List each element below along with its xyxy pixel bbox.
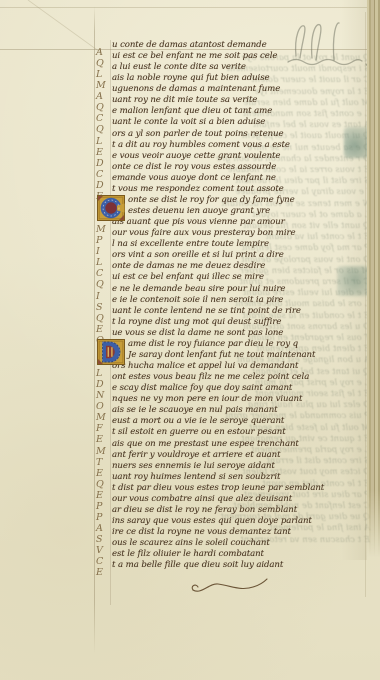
text-line: Demande vous auoye dont ce lenfant ne: [95, 173, 375, 184]
line-text: u conte de damas atantost demande: [112, 40, 267, 51]
line-text: ont estes vous beau filz ne me celez poi…: [112, 372, 309, 383]
text-line: Mais se ie le scauoye en nul pais manant: [95, 405, 375, 416]
initial-D-art: [97, 339, 125, 365]
line-text: ant ferir y vouldroye et arriere et auan…: [112, 450, 280, 461]
text-line: Mais que on me prestast une espee trench…: [95, 439, 375, 450]
text-line: Par dieu se dist le roy ne feray bon sem…: [95, 505, 375, 516]
text-line: Conte ce dist le roy vous estes assourde: [95, 162, 375, 173]
line-text: t sil estoit en guerre ou en estour pesa…: [112, 427, 286, 438]
line-text: ors hucha malice et appel lui va demanda…: [112, 361, 298, 372]
line-text: uant le conte lentend ne se tint point d…: [112, 306, 301, 317]
text-line: Et a ma belle fille que dieu soit luy ai…: [95, 560, 375, 571]
text-line: De vous veoir auoye cette grant voulente: [95, 151, 375, 162]
text-line: Ie ne le demande beau sire pour lui nuir…: [95, 284, 375, 295]
text-line: Pour vous faire aux vous presteray bon m…: [95, 228, 375, 239]
text-line: estes deuenu ien auoye grant yre: [95, 206, 375, 217]
text-line: Quant roy ne dit mie toute sa verite: [95, 95, 375, 106]
line-text: ins saray que vous estes qui quen doye p…: [112, 516, 312, 527]
text-line: Mais auant que pis vous vienne par amour: [95, 217, 375, 228]
line-text: onte de damas ne me deuez desdire: [112, 261, 265, 272]
line-text: ais la noble royne qui fut bien aduise: [112, 73, 270, 84]
text-line: Tant ferir y vouldroye et arriere et aua…: [95, 450, 375, 461]
line-text: uant le conte la voit si a bien aduise: [112, 117, 265, 128]
line-text: uguenons de damas a maintenant fume: [112, 84, 280, 95]
line-text: e scay dist malice foy que doy saint ama…: [112, 383, 292, 394]
line-text: onte se dist le roy for que dy fame fyne: [128, 195, 295, 206]
text-line: Qui est ce bel enfant ne me soit pas cel…: [95, 51, 375, 62]
illuminated-initial-C: [97, 195, 125, 221]
line-text: t a dit au roy humbles coment vous a est…: [112, 140, 290, 151]
line-text: our vous faire aux vous presteray bon mi…: [112, 228, 295, 239]
line-text: ue vous se dist la dame ne sont pas lone: [112, 328, 283, 339]
line-text: estes deuenu ien auoye grant yre: [128, 206, 270, 217]
illuminated-initial-D: [97, 339, 125, 365]
line-text: our vous combatre ainsi que alez deuisan…: [112, 494, 292, 505]
line-text: ais que on me prestast une espee trencha…: [112, 439, 299, 450]
text-line: Feust a mort ou a vie ie le seroye quera…: [95, 416, 375, 427]
line-text: Je saray dont lenfant fut ne tout mainte…: [128, 350, 315, 361]
line-text: t vous me respondez coment tout assote: [112, 184, 284, 195]
text-line: Mais la noble royne qui fut bien aduise: [95, 73, 375, 84]
text-line: Ne scay dist malice foy que doy saint am…: [95, 383, 375, 394]
line-text: ire ce dist la royne ne vous demantez ta…: [112, 527, 291, 538]
text-line: onte se dist le roy for que dy fame fyne: [95, 195, 375, 206]
text-line: Enuers ses ennemis ie lui seroye aidant: [95, 461, 375, 472]
text-line: Quant le conte lentend ne se tint point …: [95, 306, 375, 317]
line-text: uant roy huimes lentend si sen soubzrit: [112, 472, 280, 483]
line-text: ar dieu se dist le roy ne feray bon semb…: [112, 505, 297, 516]
line-text: ais se ie le scauoye en nul pais manant: [112, 405, 278, 416]
text-line: Je saray dont lenfant fut ne tout mainte…: [95, 350, 375, 361]
line-text: l na si excellente entre toute lempire: [112, 239, 269, 250]
text-line: Conte de damas ne me deuez desdire: [95, 261, 375, 272]
line-text: e malion lenfant que dieu ot tant ame: [112, 106, 272, 117]
text-line: Se ie le contenoit soie il nen seroit ia…: [95, 295, 375, 306]
line-text: e ne le demande beau sire pour lui nuire: [112, 284, 285, 295]
text-line: Cest le filz oliuier le hardi combatant: [95, 549, 375, 560]
text-line: Sire ce dist la royne ne vous demantez t…: [95, 527, 375, 538]
text-line: Auguenons de damas a maintenant fume: [95, 84, 375, 95]
line-initial-capital: E: [95, 567, 112, 578]
line-text: uant roy ne dit mie toute sa verite: [112, 95, 257, 106]
line-text: eust a mort ou a vie ie le seroye queran…: [112, 416, 284, 427]
text-line: Et vous me respondez coment tout assote: [95, 184, 375, 195]
text-line: Ains saray que vous estes qui quen doye …: [95, 516, 375, 527]
text-line: Que vous se dist la dame ne sont pas lon…: [95, 328, 375, 339]
text-line: Et dist par dieu vous estes trop ieune p…: [95, 483, 375, 494]
text-line: Lors hucha malice et appel lui va demand…: [95, 361, 375, 372]
line-text: ui est ce bel enfant qui illec se mire: [112, 272, 264, 283]
text-line: Onques ne vy mon pere en iour de mon viu…: [95, 394, 375, 405]
line-text: ous le scaurez ains le soleil couchant: [112, 538, 270, 549]
manuscript-page: Q uant le roy ot la parolle oyeS i respo…: [0, 0, 380, 680]
line-text: ame dist le roy fuiance par dieu le roy …: [128, 339, 298, 350]
initial-C-art: [97, 195, 125, 221]
text-line: Au conte de damas atantost demande: [95, 40, 375, 51]
text-line: Lors a yl son parler de tout poins reten…: [95, 129, 375, 140]
text-line: Et la royne dist ung mot qui deust suffi…: [95, 317, 375, 328]
line-text: ais auant que pis vous vienne par amour: [112, 217, 285, 228]
text-line: Et sil estoit en guerre ou en estour pes…: [95, 427, 375, 438]
text-line: Quant roy huimes lentend si sen soubzrit: [95, 472, 375, 483]
text-line: Et a dit au roy humbles coment vous a es…: [95, 140, 375, 151]
line-text: e vous veoir auoye cette grant voulente: [112, 151, 280, 162]
text-line: Dont estes vous beau filz ne me celez po…: [95, 372, 375, 383]
line-text: ors vint a son oreille et si lui print a…: [112, 250, 284, 261]
line-text: t dist par dieu vous estes trop ieune pa…: [112, 483, 324, 494]
line-text: ui est ce bel enfant ne me soit pas cele: [112, 51, 277, 62]
line-text: est le filz oliuier le hardi combatant: [112, 549, 264, 560]
text-line: ame dist le roy fuiance par dieu le roy …: [95, 339, 375, 350]
text-line: Vous le scaurez ains le soleil couchant: [95, 538, 375, 549]
text-line: Quant le conte la voit si a bien aduise: [95, 117, 375, 128]
page-edge-right: [367, 0, 380, 557]
line-text: onte ce dist le roy vous estes assourde: [112, 162, 276, 173]
text-line: Ce malion lenfant que dieu ot tant ame: [95, 106, 375, 117]
text-line: Qui est ce bel enfant qui illec se mire: [95, 272, 375, 283]
line-text: t a ma belle fille que dieu soit luy aid…: [112, 560, 283, 571]
line-text: ors a yl son parler de tout poins retenu…: [112, 129, 283, 140]
text-line: Pour vous combatre ainsi que alez deuisa…: [95, 494, 375, 505]
line-text: e ie le contenoit soie il nen seroit ia …: [112, 295, 283, 306]
line-text: nuers ses ennemis ie lui seroye aidant: [112, 461, 275, 472]
text-column: Au conte de damas atantost demandeQui es…: [95, 0, 380, 680]
line-text: a lui eust le conte dite sa verite: [112, 62, 246, 73]
text-line: Lors vint a son oreille et si lui print …: [95, 250, 375, 261]
line-text: emande vous auoye dont ce lenfant ne: [112, 173, 276, 184]
text-line: Il na si excellente entre toute lempire: [95, 239, 375, 250]
text-line: La lui eust le conte dite sa verite: [95, 62, 375, 73]
line-text: nques ne vy mon pere en iour de mon viua…: [112, 394, 302, 405]
line-text: t la royne dist ung mot qui deust suffir…: [112, 317, 281, 328]
